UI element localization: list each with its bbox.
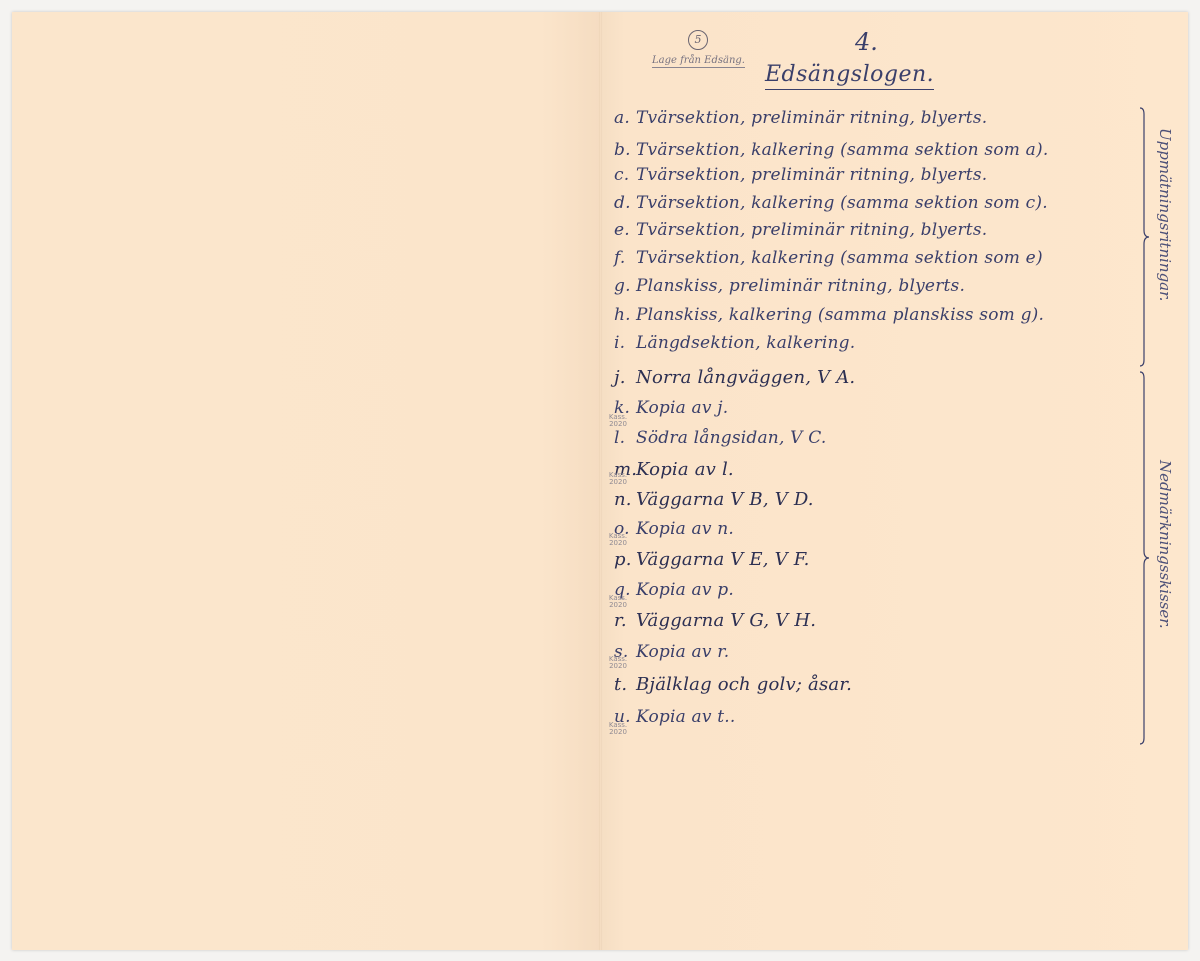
list-item-h: h.Planskiss, kalkering (samma planskiss …: [614, 305, 1044, 325]
document-title: Edsängslogen.: [765, 62, 934, 90]
item-text: Södra långsidan, V C.: [636, 428, 826, 448]
item-letter: d.: [614, 193, 636, 213]
list-item-s: s.Kopia av r.: [614, 642, 729, 662]
item-text: Planskiss, preliminär ritning, blyerts.: [636, 276, 965, 296]
list-item-q: q.Kopia av p.: [614, 580, 734, 600]
item-text: Kopia av t..: [636, 707, 736, 727]
item-text: Kopia av r.: [636, 642, 729, 662]
item-letter: l.: [614, 428, 636, 448]
list-item-l: l.Södra långsidan, V C.: [614, 428, 826, 448]
list-item-t: t.Bjälklag och golv; åsar.: [614, 674, 852, 695]
list-item-j: j.Norra långväggen, V A.: [614, 367, 855, 388]
center-fold: [599, 12, 602, 950]
list-item-a: a.Tvärsektion, preliminär ritning, blyer…: [614, 108, 987, 128]
item-letter: a.: [614, 108, 636, 128]
item-letter: c.: [614, 165, 636, 185]
discard-note: Kass. 2020: [606, 722, 630, 736]
item-text: Väggarna V B, V D.: [636, 489, 814, 510]
list-item-i: i.Längdsektion, kalkering.: [614, 333, 855, 353]
item-text: Tvärsektion, preliminär ritning, blyerts…: [636, 165, 987, 185]
list-item-o: o.Kopia av n.: [614, 519, 734, 539]
item-text: Tvärsektion, preliminär ritning, blyerts…: [636, 220, 987, 240]
discard-note: Kass. 2020: [606, 533, 630, 547]
left-page-blank: [12, 12, 600, 950]
item-text: Kopia av n.: [636, 519, 734, 539]
item-text: Kopia av p.: [636, 580, 734, 600]
list-item-c: c.Tvärsektion, preliminär ritning, blyer…: [614, 165, 987, 185]
item-text: Tvärsektion, kalkering (samma sektion so…: [636, 193, 1048, 213]
list-item-e: e.Tvärsektion, preliminär ritning, blyer…: [614, 220, 987, 240]
item-letter: t.: [614, 674, 636, 695]
item-letter: p.: [614, 549, 636, 570]
list-item-f: f.Tvärsektion, kalkering (samma sektion …: [614, 248, 1043, 268]
list-item-b: b.Tvärsektion, kalkering (samma sektion …: [614, 140, 1048, 160]
item-text: Planskiss, kalkering (samma planskiss so…: [636, 305, 1044, 325]
item-text: Väggarna V E, V F.: [636, 549, 810, 570]
item-letter: i.: [614, 333, 636, 353]
discard-note: Kass. 2020: [606, 472, 630, 486]
item-letter: j.: [614, 367, 636, 388]
list-item-k: k.Kopia av j.: [614, 398, 728, 418]
brace-group-2-icon: [1138, 370, 1150, 746]
list-item-d: d.Tvärsektion, kalkering (samma sektion …: [614, 193, 1048, 213]
item-letter: r.: [614, 610, 636, 631]
item-letter: b.: [614, 140, 636, 160]
item-letter: f.: [614, 248, 636, 268]
item-letter: e.: [614, 220, 636, 240]
discard-note: Kass. 2020: [606, 595, 630, 609]
item-letter: n.: [614, 489, 636, 510]
list-item-r: r.Väggarna V G, V H.: [614, 610, 816, 631]
item-text: Tvärsektion, preliminär ritning, blyerts…: [636, 108, 987, 128]
item-text: Tvärsektion, kalkering (samma sektion so…: [636, 248, 1043, 268]
page-number: 4.: [855, 28, 878, 56]
item-text: Bjälklag och golv; åsar.: [636, 674, 852, 695]
item-letter: g.: [614, 276, 636, 296]
item-text: Längdsektion, kalkering.: [636, 333, 855, 353]
list-item-n: n.Väggarna V B, V D.: [614, 489, 814, 510]
brace-group-1-icon: [1138, 106, 1150, 368]
list-item-u: u.Kopia av t..: [614, 707, 736, 727]
item-text: Väggarna V G, V H.: [636, 610, 816, 631]
side-label-measured-drawings: Uppmätningsritningar.: [1156, 128, 1174, 301]
circled-number: 5: [688, 30, 708, 50]
discard-note: Kass. 2020: [606, 414, 630, 428]
list-item-g: g.Planskiss, preliminär ritning, blyerts…: [614, 276, 965, 296]
item-text: Tvärsektion, kalkering (samma sektion so…: [636, 140, 1048, 160]
discard-note: Kass. 2020: [606, 656, 630, 670]
list-item-m: m.Kopia av l.: [614, 459, 734, 480]
item-letter: h.: [614, 305, 636, 325]
item-text: Kopia av l.: [636, 459, 734, 480]
loan-note: Lage från Edsäng.: [652, 55, 745, 68]
side-label-marking-sketches: Nedmärkningsskisser.: [1156, 460, 1174, 629]
item-text: Kopia av j.: [636, 398, 728, 418]
list-item-p: p.Väggarna V E, V F.: [614, 549, 810, 570]
item-text: Norra långväggen, V A.: [636, 367, 855, 388]
